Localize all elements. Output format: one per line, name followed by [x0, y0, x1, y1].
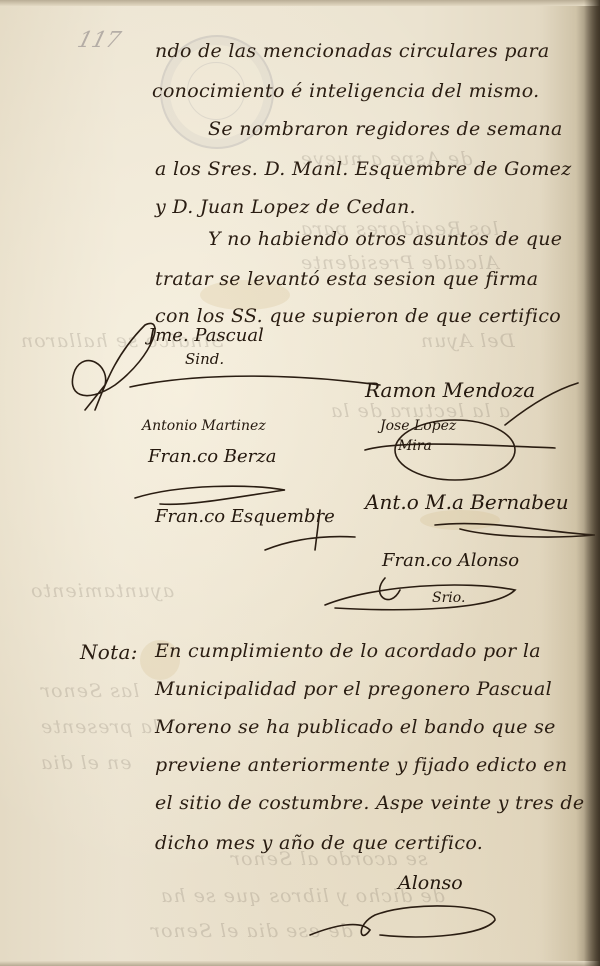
signature-rubric [315, 570, 525, 615]
folio-number: 117 [75, 28, 124, 53]
bleed-through-text: Del Ayun [420, 330, 515, 352]
signature-berza: Fran.co Berza [148, 446, 276, 467]
signature-secretary-title: Srio. [432, 590, 465, 606]
bleed-through-text: la presente [40, 716, 159, 738]
signature-flourish [125, 365, 385, 395]
signature-pascual: Jme. Pascual [148, 325, 264, 346]
page-top-edge [0, 0, 600, 6]
page-bottom-edge [0, 961, 600, 966]
signature-flourish [130, 478, 290, 508]
signature-flourish [260, 505, 360, 555]
signature-bernabeu: Ant.o M.a Bernabeu [365, 490, 569, 514]
note-line: Moreno se ha publicado el bando que se [155, 716, 556, 738]
note-line: dicho mes y año de que certifico. [155, 832, 483, 854]
bleed-through-text: ayuntamiento [30, 580, 174, 602]
signature-lopez: Jose Lopez [380, 418, 456, 434]
body-line: Se nombraron regidores de semana [208, 118, 563, 140]
signature-rubric [305, 895, 505, 945]
bleed-through-text: en el dia [40, 752, 131, 774]
signature-note-alonso: Alonso [398, 872, 463, 894]
body-line: tratar se levantó esta sesion que firma [155, 268, 538, 290]
signature-alonso: Fran.co Alonso [382, 550, 519, 571]
note-line: En cumplimiento de lo acordado por la [155, 640, 541, 662]
body-line: a los Sres. D. Manl. Esquembre de Gomez [155, 158, 572, 180]
bleed-through-text: las Senor [40, 680, 139, 702]
signature-flourish [430, 515, 600, 545]
note-line: el sitio de costumbre. Aspe veinte y tre… [155, 792, 584, 814]
book-gutter-shadow [584, 0, 600, 966]
note-label: Nota: [80, 640, 138, 664]
body-line: conocimiento é inteligencia del mismo. [152, 80, 539, 102]
body-line: ndo de las mencionadas circulares para [155, 40, 550, 62]
note-line: previene anteriormente y fijado edicto e… [155, 754, 567, 776]
body-line: con los SS. que supieron de que certific… [155, 305, 561, 327]
signature-lopez-mira: Mira [398, 438, 432, 454]
manuscript-page: de Aspe a nueve los Regidores para Alcal… [0, 0, 600, 966]
body-line: y D. Juan Lopez de Cedan. [155, 196, 416, 218]
body-line: Y no habiendo otros asuntos de que [208, 228, 562, 250]
signature-martinez: Antonio Martinez [142, 418, 266, 434]
note-line: Municipalidad por el pregonero Pascual [155, 678, 552, 700]
